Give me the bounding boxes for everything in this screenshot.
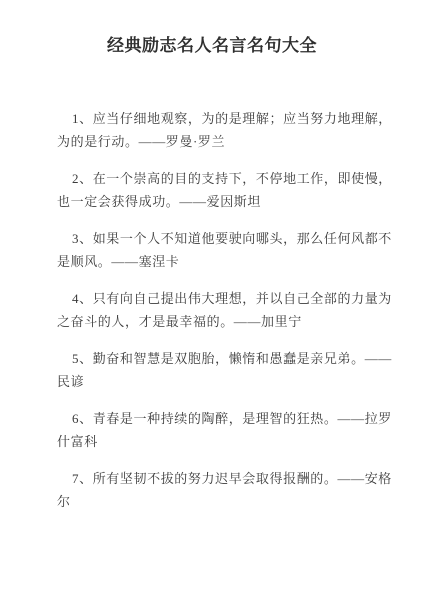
quote-line: 7、所有坚韧不拔的努力迟早会取得报酬的。——安格 [57,467,367,490]
quote-paragraph-7: 7、所有坚韧不拔的努力迟早会取得报酬的。——安格 尔 [57,467,367,513]
quote-line: 尔 [57,490,367,513]
document-title: 经典励志名人名言名句大全 [0,0,424,54]
quote-line: 4、只有向自己提出伟大理想，并以自己全部的力量为 [57,287,367,310]
quote-line: 1、应当仔细地观察，为的是理解；应当努力地理解， [57,107,367,130]
quote-paragraph-4: 4、只有向自己提出伟大理想，并以自己全部的力量为 之奋斗的人，才是最幸福的。——… [57,287,367,333]
quote-line: 3、如果一个人不知道他要驶向哪头，那么任何风都不 [57,227,367,250]
quote-paragraph-3: 3、如果一个人不知道他要驶向哪头，那么任何风都不 是顺风。——塞涅卡 [57,227,367,273]
quote-line: 为的是行动。——罗曼·罗兰 [57,130,367,153]
document-page: 经典励志名人名言名句大全 1、应当仔细地观察，为的是理解；应当努力地理解， 为的… [0,0,424,600]
quote-line: 6、青春是一种持续的陶醉，是理智的狂热。——拉罗 [57,407,367,430]
document-body: 1、应当仔细地观察，为的是理解；应当努力地理解， 为的是行动。——罗曼·罗兰 2… [57,107,367,513]
quote-paragraph-6: 6、青春是一种持续的陶醉，是理智的狂热。——拉罗 什富科 [57,407,367,453]
quote-paragraph-1: 1、应当仔细地观察，为的是理解；应当努力地理解， 为的是行动。——罗曼·罗兰 [57,107,367,153]
quote-line: 也一定会获得成功。——爱因斯坦 [57,190,367,213]
quote-line: 之奋斗的人，才是最幸福的。——加里宁 [57,310,367,333]
quote-line: 2、在一个崇高的目的支持下，不停地工作，即使慢， [57,167,367,190]
quote-paragraph-5: 5、勤奋和智慧是双胞胎，懒惰和愚蠢是亲兄弟。—— 民谚 [57,347,367,393]
quote-line: 什富科 [57,430,367,453]
quote-line: 民谚 [57,370,367,393]
quote-paragraph-2: 2、在一个崇高的目的支持下，不停地工作，即使慢， 也一定会获得成功。——爱因斯坦 [57,167,367,213]
quote-line: 是顺风。——塞涅卡 [57,250,367,273]
quote-line: 5、勤奋和智慧是双胞胎，懒惰和愚蠢是亲兄弟。—— [57,347,367,370]
